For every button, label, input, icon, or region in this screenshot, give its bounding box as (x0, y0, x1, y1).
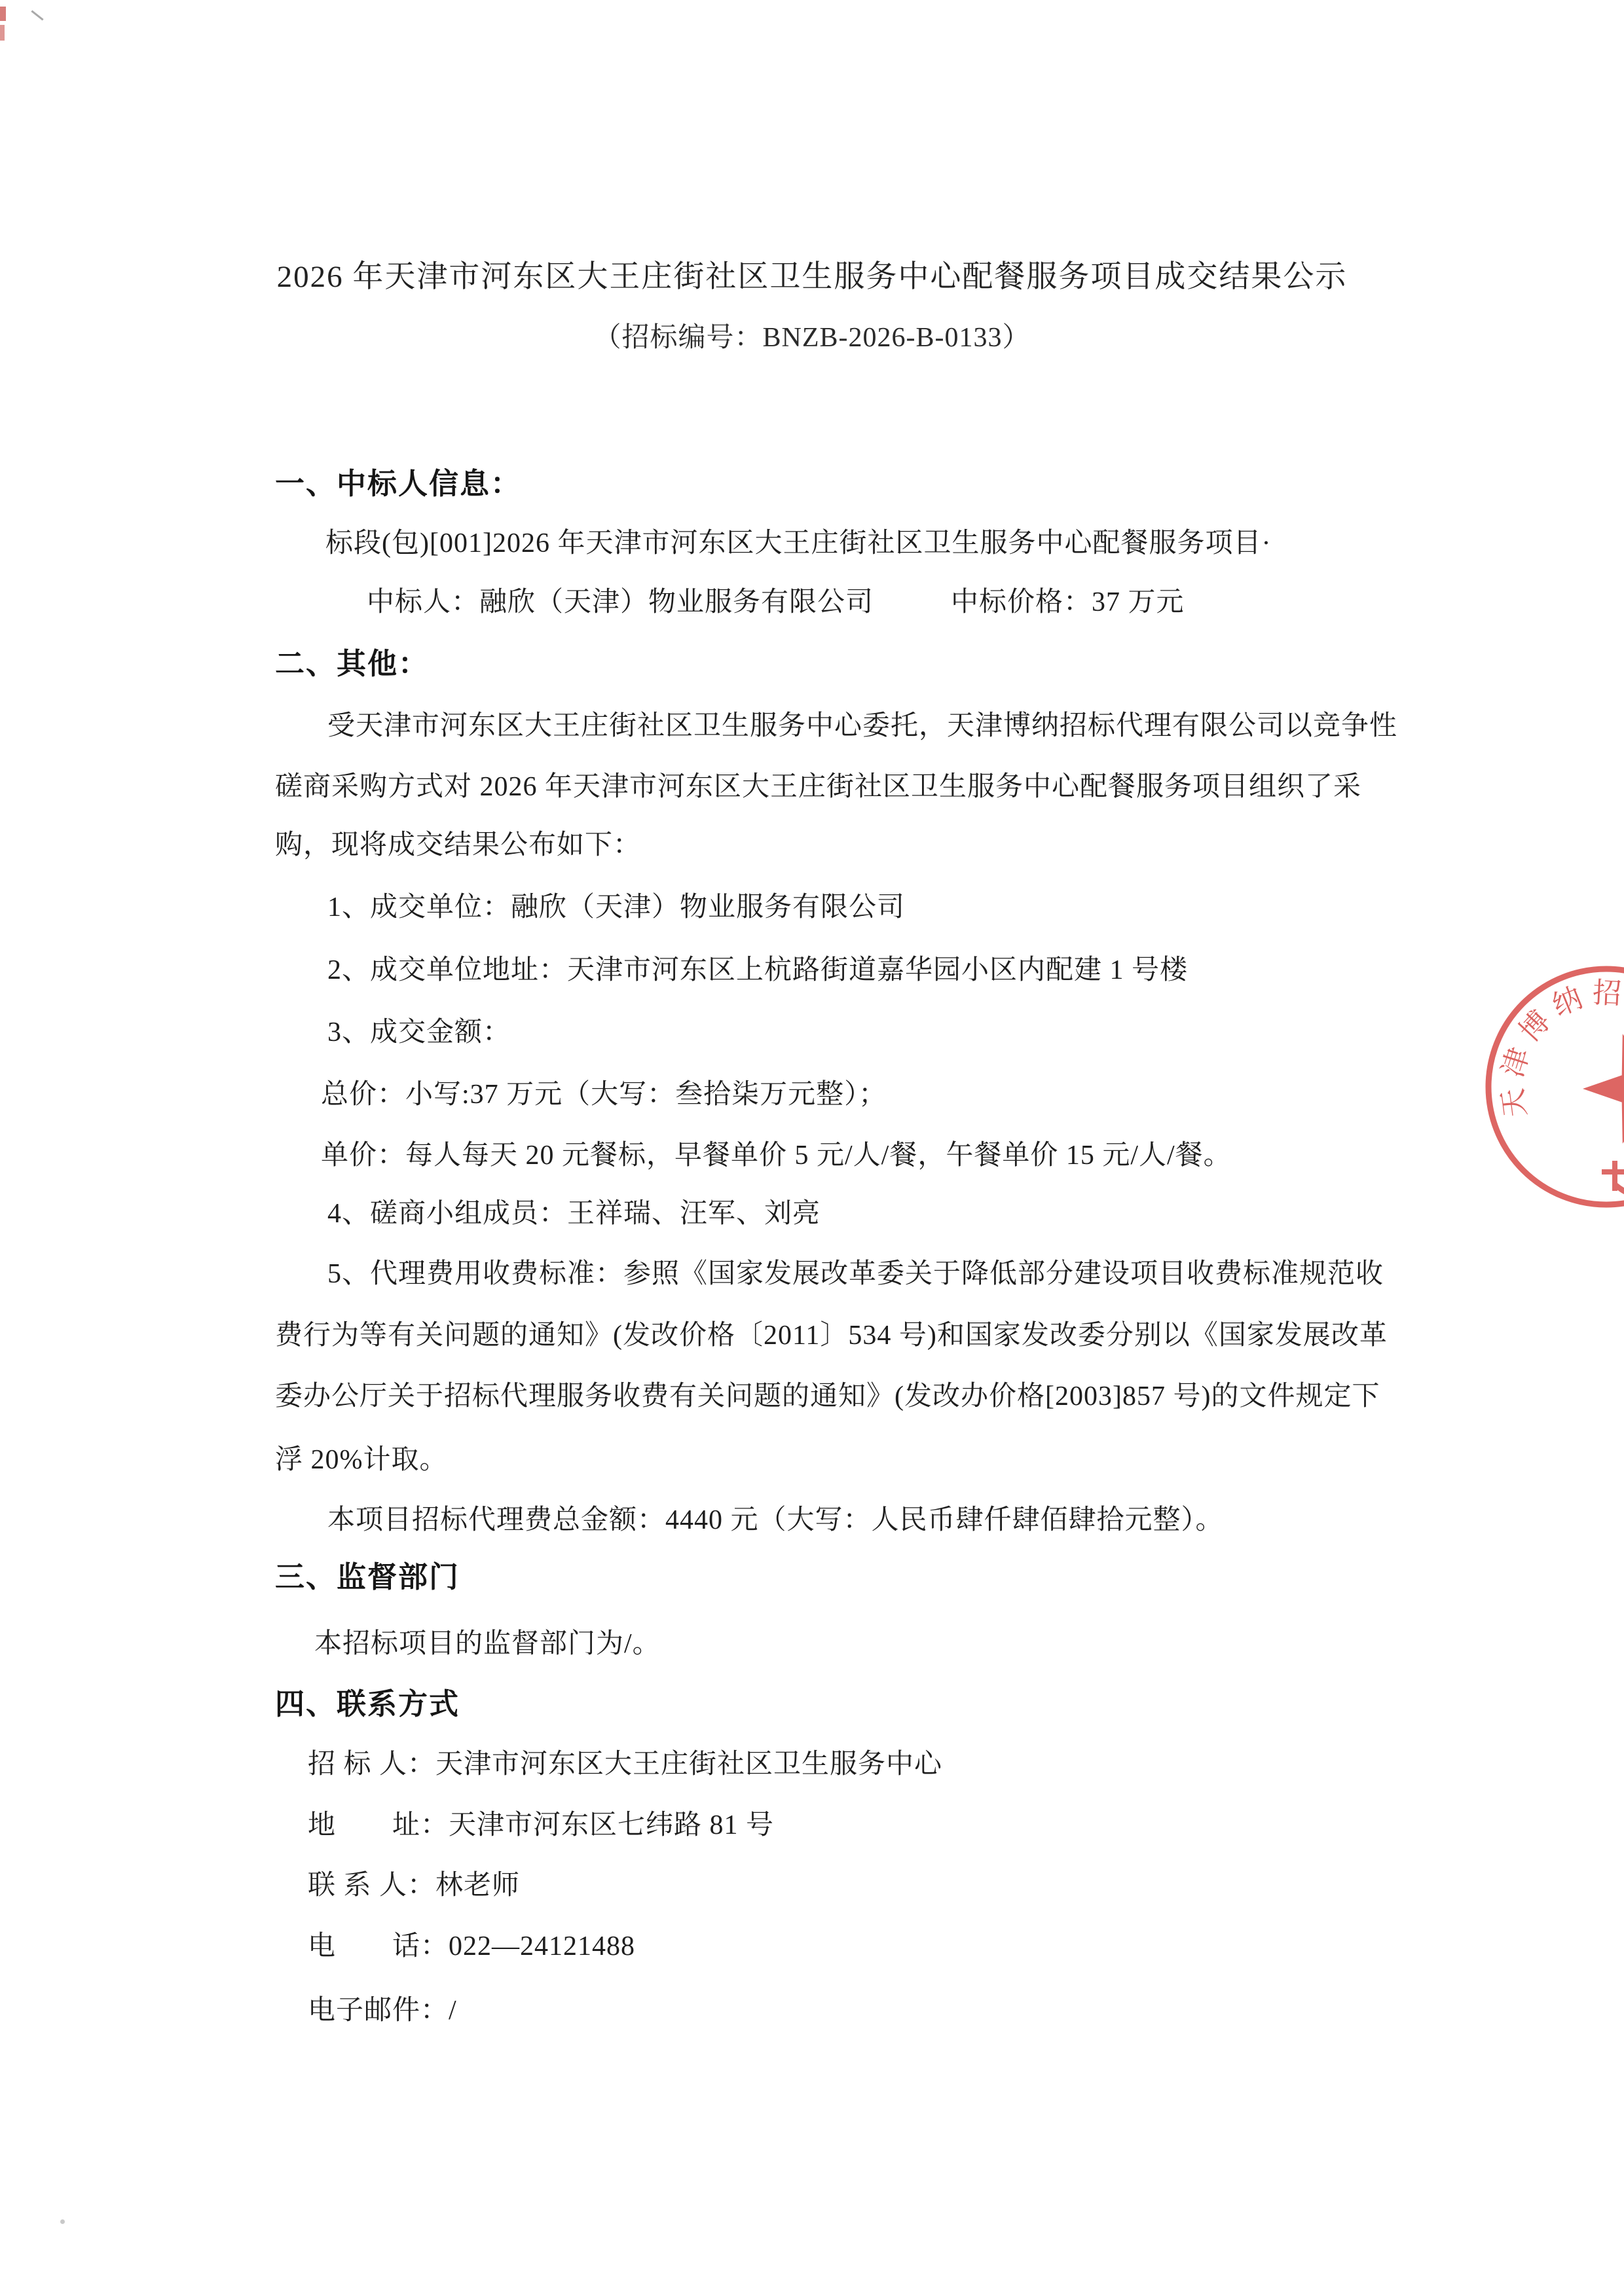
agency-fee-line: 本项目招标代理费总金额：4440 元（大写：人民币肆仟肆佰肆拾元整）。 (327, 1504, 1224, 1536)
section3-heading: 三、监督部门 (275, 1560, 460, 1594)
item-2-winner-address: 2、成交单位地址：天津市河东区上杭路街道嘉华园小区内配建 1 号楼 (327, 955, 1188, 986)
item-5-line-4: 浮 20%计取。 (275, 1444, 448, 1476)
item-5-line-3: 委办公厅关于招标代理服务收费有关问题的通知》(发改办价格[2003]857 号)… (275, 1381, 1380, 1412)
page-title: 2026 年天津市河东区大王庄街社区卫生服务中心配餐服务项目成交结果公示 (0, 259, 1624, 295)
contact-phone: 电 话：022—24121488 (308, 1931, 635, 1962)
seal-bottom-character-fragment (1602, 1161, 1624, 1197)
item-5-line-2: 费行为等有关问题的通知》(发改价格〔2011〕534 号)和国家发改委分别以《国… (275, 1320, 1388, 1351)
contact-address: 地 址：天津市河东区七纬路 81 号 (308, 1810, 774, 1841)
section1-heading: 一、中标人信息： (275, 467, 521, 501)
section2-heading: 二、其他： (275, 647, 429, 681)
section4-heading: 四、联系方式 (275, 1687, 460, 1721)
total-price-line: 总价：小写:37 万元（大写：叁拾柒万元整）； (321, 1079, 887, 1110)
winner-name: 中标人：融欣（天津）物业服务有限公司 (367, 587, 874, 618)
seal-star-icon (1583, 1034, 1624, 1143)
scan-artifact (60, 2219, 65, 2224)
contact-tenderer: 招 标 人：天津市河东区大王庄街社区卫生服务中心 (308, 1749, 942, 1780)
company-seal: 天津博纳招标代理有限公司 (1473, 953, 1624, 1228)
tender-number-subtitle: （招标编号：BNZB-2026-B-0133） (0, 322, 1624, 354)
scan-artifact (0, 25, 5, 41)
unit-price-line: 单价：每人每天 20 元餐标，早餐单价 5 元/人/餐，午餐单价 15 元/人/… (321, 1140, 1232, 1171)
lot-line: 标段(包)[001]2026 年天津市河东区大王庄街社区卫生服务中心配餐服务项目… (325, 528, 1271, 559)
document-page: 2026 年天津市河东区大王庄街社区卫生服务中心配餐服务项目成交结果公示 （招标… (0, 0, 1624, 2296)
para-line-3: 购，现将成交结果公布如下： (275, 829, 641, 861)
winner-price: 中标价格：37 万元 (951, 587, 1185, 618)
scan-artifact (0, 7, 6, 21)
item-3-amount: 3、成交金额： (327, 1017, 511, 1048)
winner-row: 中标人：融欣（天津）物业服务有限公司 中标价格：37 万元 (367, 587, 1185, 618)
supervision-body: 本招标项目的监督部门为/。 (314, 1628, 661, 1660)
contact-email: 电子邮件：/ (308, 1995, 457, 2026)
para-line-1: 受天津市河东区大王庄街社区卫生服务中心委托，天津博纳招标代理有限公司以竞争性 (327, 710, 1397, 742)
contact-person: 联 系 人：林老师 (308, 1870, 520, 1901)
item-4-panel-members: 4、磋商小组成员：王祥瑞、汪军、刘亮 (327, 1198, 821, 1230)
scan-artifact (31, 10, 43, 21)
item-1-winner-unit: 1、成交单位：融欣（天津）物业服务有限公司 (327, 892, 905, 923)
para-line-2: 磋商采购方式对 2026 年天津市河东区大王庄街社区卫生服务中心配餐服务项目组织… (275, 771, 1361, 803)
item-5-line-1: 5、代理费用收费标准：参照《国家发展改革委关于降低部分建设项目收费标准规范收 (327, 1258, 1384, 1290)
